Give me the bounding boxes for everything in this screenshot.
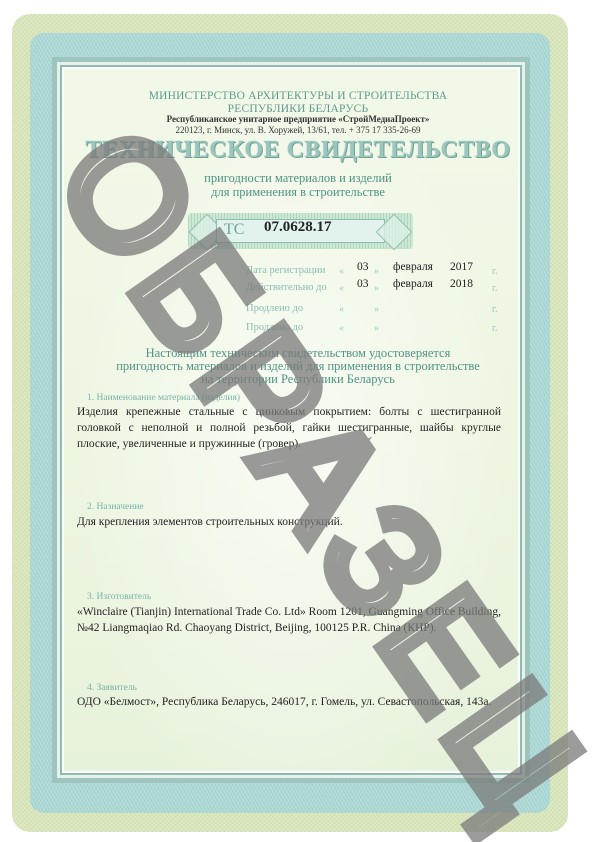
section-1-text: Изделия крепежные стальные с цинковым по… bbox=[77, 404, 501, 452]
date-quote-open: « bbox=[339, 304, 344, 315]
section-2-label: 2. Назначение bbox=[87, 502, 144, 512]
subtitle-line1: пригодности материалов и изделий bbox=[0, 171, 596, 186]
date-quote-close: » bbox=[374, 304, 379, 315]
date-quote-close: » bbox=[374, 323, 379, 334]
certificate-prefix: ТС bbox=[224, 221, 244, 239]
certificate-number: 07.0628.17 bbox=[264, 219, 332, 236]
date-year-suffix: г. bbox=[492, 266, 497, 277]
date-month: февраля bbox=[393, 278, 433, 290]
enterprise-name: Республиканское унитарное предприятие «С… bbox=[0, 114, 596, 124]
date-row-label: Действительно до bbox=[246, 282, 327, 293]
date-row-label: Продлено до bbox=[246, 303, 303, 314]
section-3-label: 3. Изготовитель bbox=[87, 592, 151, 602]
subtitle-line2: для применения в строительстве bbox=[0, 185, 596, 200]
section-3-text: «Winclaire (Tianjin) International Trade… bbox=[77, 604, 501, 636]
section-4-text: ОДО «Белмост», Республика Беларусь, 2460… bbox=[77, 694, 501, 710]
date-year-suffix: г. bbox=[492, 304, 497, 315]
date-row-label: Продлено до bbox=[246, 322, 303, 333]
ministry-line1: МИНИСТЕРСТВО АРХИТЕКТУРЫ И СТРОИТЕЛЬСТВА bbox=[0, 90, 596, 102]
date-year-suffix: г. bbox=[492, 283, 497, 294]
date-year-suffix: г. bbox=[492, 323, 497, 334]
date-year: 2017 bbox=[450, 261, 473, 273]
date-quote-open: « bbox=[339, 266, 344, 277]
date-day: 03 bbox=[357, 261, 369, 273]
section-1-label: 1. Наименование материала (изделия) bbox=[87, 393, 240, 403]
enterprise-address: 220123, г. Минск, ул. В. Хоружей, 13/61,… bbox=[0, 125, 596, 135]
date-quote-close: » bbox=[374, 266, 379, 277]
intro-line3: на территории Республики Беларусь bbox=[0, 373, 596, 386]
document-title: ТЕХНИЧЕСКОЕ СВИДЕТЕЛЬСТВО bbox=[0, 137, 596, 164]
date-quote-close: » bbox=[374, 283, 379, 294]
certificate-content: МИНИСТЕРСТВО АРХИТЕКТУРЫ И СТРОИТЕЛЬСТВА… bbox=[0, 0, 596, 842]
section-4-label: 4. Заявитель bbox=[87, 683, 137, 693]
date-row-label: Дата регистрации bbox=[246, 265, 326, 276]
date-quote-open: « bbox=[339, 323, 344, 334]
date-year: 2018 bbox=[450, 278, 473, 290]
date-month: февраля bbox=[393, 261, 433, 273]
date-day: 03 bbox=[357, 278, 369, 290]
date-quote-open: « bbox=[339, 283, 344, 294]
section-2-text: Для крепления элементов строительных кон… bbox=[77, 514, 501, 530]
